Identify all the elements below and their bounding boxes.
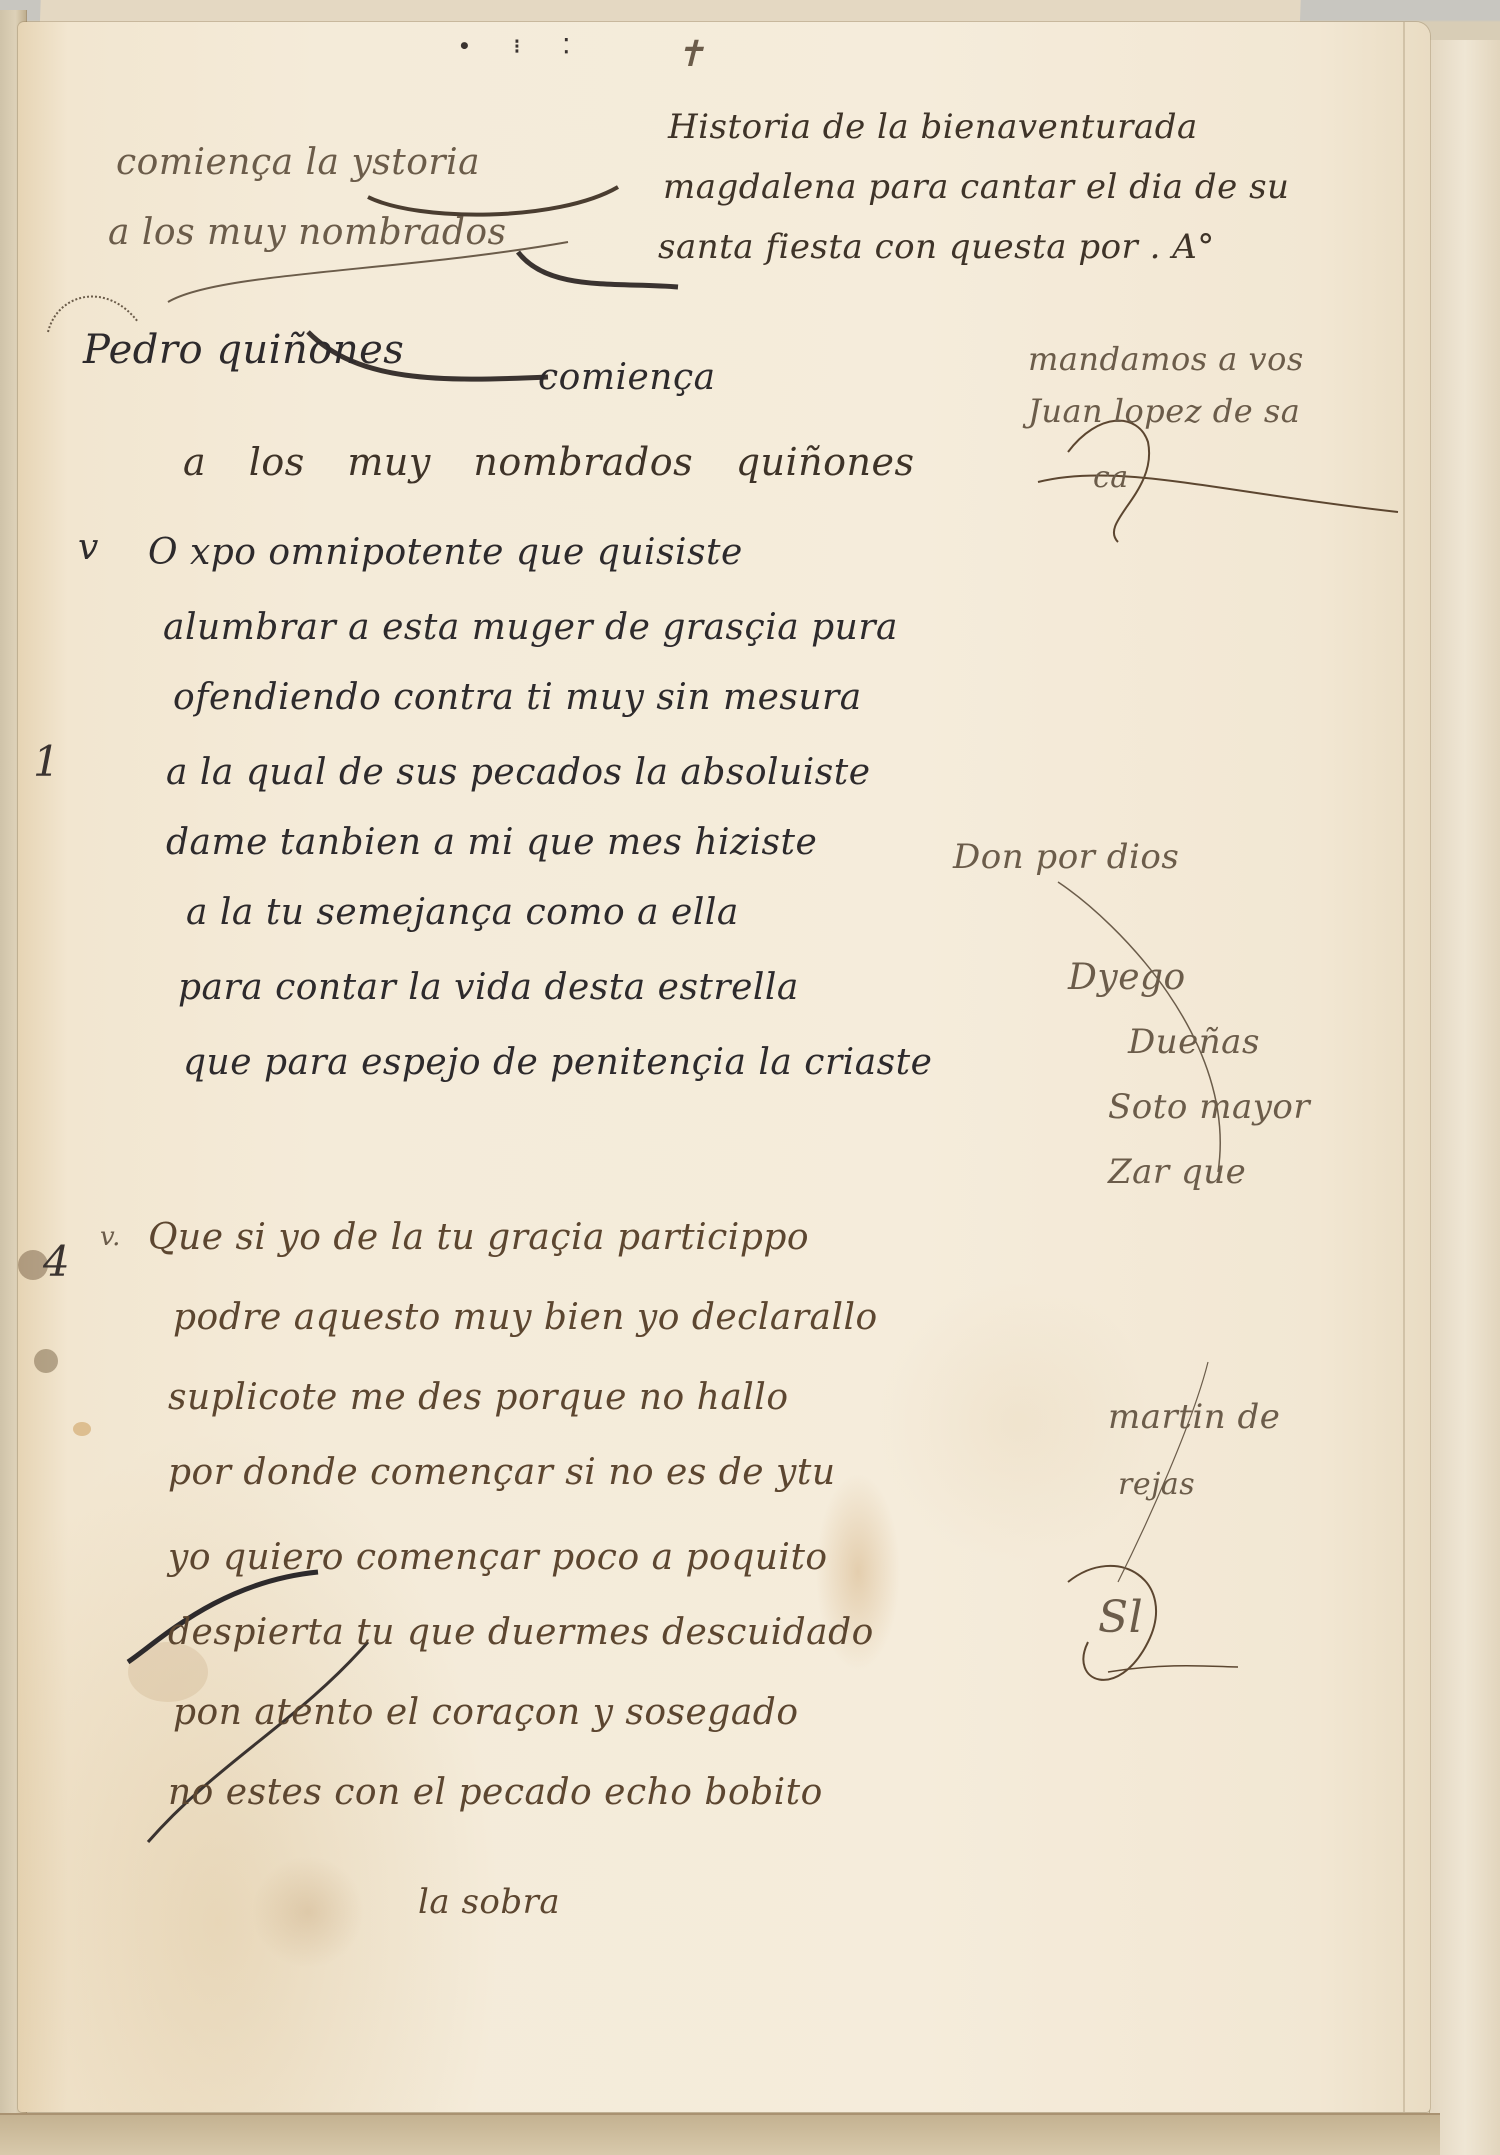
manuscript-page: • ⁝ ⁚ ✝ comiença la ystoria a los muy no… [18, 22, 1430, 2112]
stanza1-line5: dame tanbien a mi que mes hiziste [166, 822, 817, 863]
margin-note-mid-line4: Soto mayor [1108, 1087, 1310, 1127]
author-name: Pedro quiñones [83, 327, 404, 373]
catchword: la sobra [418, 1882, 560, 1922]
stanza2-line5: yo quiero començar poco a poquito [168, 1537, 828, 1578]
top-cross-mark: ✝ [675, 34, 706, 75]
stanza2-line6: despierta tu que duermes descuidado [168, 1612, 874, 1653]
margin-note-top-signature: ca [1093, 460, 1129, 495]
header-right-line3: santa fiesta con questa por . A° [658, 227, 1215, 267]
stanza1-line1: O xpo omnipotente que quisiste [148, 532, 743, 573]
stanza1-line3: ofendiendo contra ti muy sin mesura [173, 677, 862, 718]
stanza1-line4: a la qual de sus pecados la absoluiste [166, 752, 871, 793]
header-left-line1: comiença la ystoria [116, 142, 480, 183]
margin-note-top-line2: Juan lopez de sa [1028, 392, 1300, 430]
stanza1-line7: para contar la vida desta estrella [178, 967, 799, 1008]
top-dot-marks: • ⁝ ⁚ [458, 34, 587, 58]
author-verb: comiença [538, 357, 716, 398]
stanza1-marker: v [78, 527, 99, 568]
stanza2-number: 4 [43, 1237, 70, 1286]
header-right-line1: Historia de la bienaventurada [668, 107, 1198, 147]
stanza1-number: 1 [33, 737, 60, 786]
stanza1-line2: alumbrar a esta muger de grasçia pura [163, 607, 898, 648]
stanza2-marker: v. [100, 1222, 121, 1252]
header-right-line2: magdalena para cantar el dia de su [663, 167, 1289, 207]
stanza2-line3: suplicote me des porque no hallo [168, 1377, 789, 1418]
back-page-edge-right [1429, 40, 1500, 2155]
margin-note-mid-line3: Dueñas [1128, 1022, 1260, 1062]
margin-note-lower-signature: Sl [1098, 1592, 1143, 1643]
margin-note-lower-line2: rejas [1118, 1467, 1195, 1502]
ink-stain [34, 1349, 58, 1373]
stanza2-line7: pon atento el coraçon y sosegado [173, 1692, 799, 1733]
ink-stain [73, 1422, 91, 1436]
back-page-edge-bottom [0, 2113, 1440, 2155]
margin-note-mid-line1: Don por dios [953, 837, 1179, 877]
manuscript-scan: • ⁝ ⁚ ✝ comiença la ystoria a los muy no… [0, 0, 1500, 2155]
stanza2-line8: no estes con el pecado echo bobito [168, 1772, 823, 1813]
stanza2-line2: podre aquesto muy bien yo declarallo [173, 1297, 878, 1338]
stanza2-line4: por donde començar si no es de ytu [168, 1452, 836, 1493]
stanza1-line6: a la tu semejança como a ella [186, 892, 739, 933]
dedication-line: a los muy nombrados quiñones [183, 440, 914, 484]
stanza1-line8: que para espejo de penitençia la criaste [183, 1042, 932, 1083]
margin-note-mid-line2: Dyego [1068, 957, 1186, 998]
stanza2-line1: Que si yo de la tu graçia particippo [148, 1217, 809, 1258]
margin-note-lower-line1: martin de [1108, 1397, 1280, 1437]
margin-note-mid-line5: Zar que [1108, 1152, 1246, 1192]
header-left-line2: a los muy nombrados [108, 212, 507, 253]
margin-note-top-line1: mandamos a vos [1028, 340, 1304, 378]
page-fold-line [1403, 22, 1405, 2112]
